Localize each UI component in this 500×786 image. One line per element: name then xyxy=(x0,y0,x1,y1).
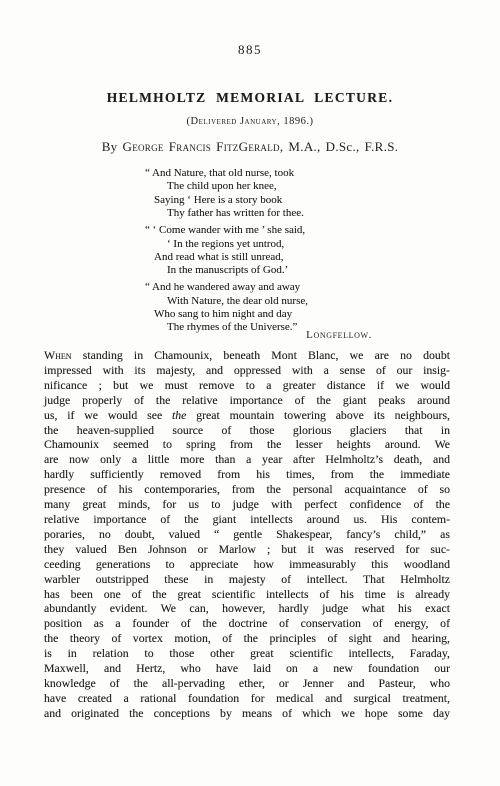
body-text-line: judge properly of the relative importanc… xyxy=(44,393,450,408)
poem-stanza: “ And he wandered away and awayWith Natu… xyxy=(145,281,308,335)
poem-stanza: “ ‘ Come wander with me ’ she said,‘ In … xyxy=(145,224,308,278)
poem-attribution: Longfellow. xyxy=(0,329,372,341)
body-text-line: Maxwell, and Hertz, who have laid on a n… xyxy=(44,661,450,676)
body-text-line: has been one of the great scientific int… xyxy=(44,587,450,602)
poem-line: The child upon her knee, xyxy=(145,180,308,193)
body-text-line: position as a founder of the doctrine of… xyxy=(44,616,450,631)
poem-line: Thy father has written for thee. xyxy=(145,207,308,220)
body-text-line: nificance ; but we must remove to a grea… xyxy=(44,378,450,393)
body-text-line: they valued Ben Johnson or Marlow ; but … xyxy=(44,542,450,557)
poem-line: ‘ In the regions yet untrod, xyxy=(145,238,308,251)
body-text-line: hardly sufficiently removed from his tim… xyxy=(44,467,450,482)
body-text-line: poraries, no doubt, valued “ gentle Shak… xyxy=(44,527,450,542)
body-text-line: and originated the conceptions by means … xyxy=(44,706,450,721)
body-text-line: abundantly evident. We can, however, har… xyxy=(44,601,450,616)
body-text-line: the heaven-supplied source of those glor… xyxy=(44,423,450,438)
body-text-line: knowledge of the all-pervading ether, or… xyxy=(44,676,450,691)
body-text-line: are now only a little more than a year a… xyxy=(44,452,450,467)
body-text-line: many great minds, for us to judge with p… xyxy=(44,497,450,512)
poem-line: “ And he wandered away and away xyxy=(145,281,308,294)
body-text-line: have created a rational foundation for m… xyxy=(44,691,450,706)
poem-line: Who sang to him night and day xyxy=(145,308,308,321)
epigraph-poem: “ And Nature, that old nurse, tookThe ch… xyxy=(145,167,308,338)
author-byline: By George Francis FitzGerald, M.A., D.Sc… xyxy=(0,139,500,155)
body-text-line: impressed with its majesty, and oppresse… xyxy=(44,363,450,378)
poem-line: “ And Nature, that old nurse, took xyxy=(145,167,308,180)
body-text-line: ceeding generations to appreciate how im… xyxy=(44,557,450,572)
lecture-title: HELMHOLTZ MEMORIAL LECTURE. xyxy=(0,90,500,106)
body-text-line: us, if we would see the great mountain t… xyxy=(44,408,450,423)
body-text-line: the theory of vortex motion, of the prin… xyxy=(44,631,450,646)
poem-line: “ ‘ Come wander with me ’ she said, xyxy=(145,224,308,237)
document-page: 885 HELMHOLTZ MEMORIAL LECTURE. (Deliver… xyxy=(0,0,500,786)
lecture-body: When standing in Chamounix, beneath Mont… xyxy=(44,348,450,721)
poem-line: And read what is still unread, xyxy=(145,251,308,264)
poem-line: With Nature, the dear old nurse, xyxy=(145,295,308,308)
body-text-line: When standing in Chamounix, beneath Mont… xyxy=(44,348,450,363)
body-text-line: presence of his contemporaries, from the… xyxy=(44,482,450,497)
body-text-line: relative importance of the giant intelle… xyxy=(44,512,450,527)
body-text-line: warbler outstripped these in majesty of … xyxy=(44,572,450,587)
body-text-line: Chamounix seemed to spring from the less… xyxy=(44,437,450,452)
poem-line: Saying ‘ Here is a story book xyxy=(145,194,308,207)
page-number: 885 xyxy=(0,42,500,58)
body-text-line: is in relation to those other great scie… xyxy=(44,646,450,661)
delivery-date: (Delivered January, 1896.) xyxy=(0,116,500,127)
poem-line: In the manuscripts of God.’ xyxy=(145,264,308,277)
poem-stanza: “ And Nature, that old nurse, tookThe ch… xyxy=(145,167,308,221)
